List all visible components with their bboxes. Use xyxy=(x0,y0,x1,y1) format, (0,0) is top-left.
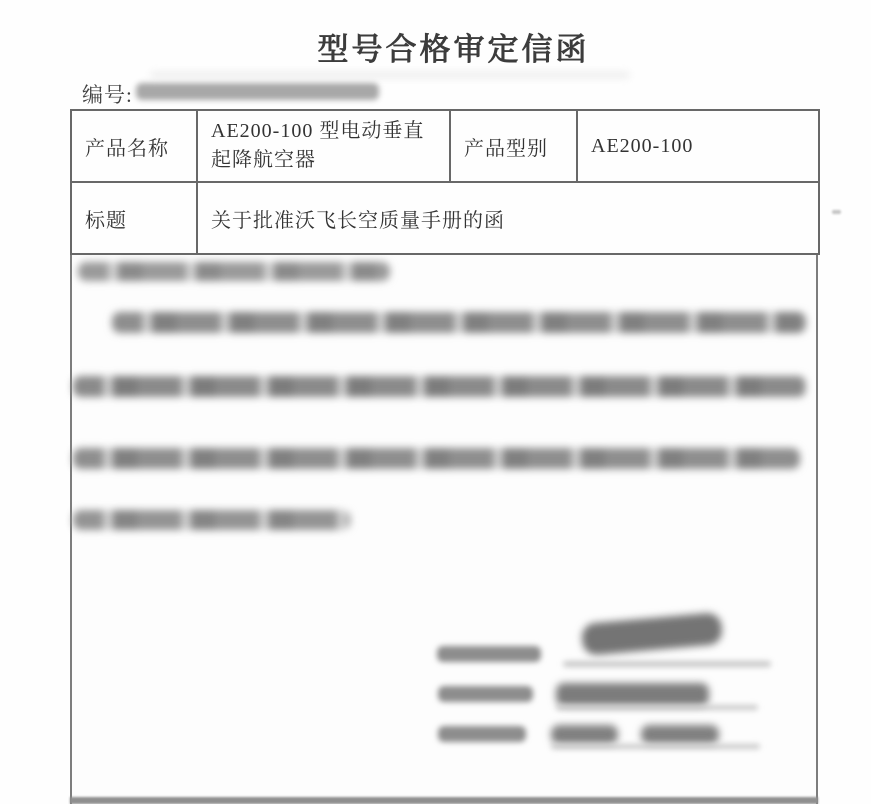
product-name-value-cell: AE200-100 型电动垂直起降航空器 xyxy=(197,110,450,182)
document-number-row: 编号: xyxy=(82,79,133,109)
product-type-value-cell: AE200-100 xyxy=(577,110,819,182)
product-name-label-cell: 产品名称 xyxy=(71,110,197,182)
header-smear xyxy=(150,72,630,78)
document-number-redaction xyxy=(136,83,379,100)
table-row-product: 产品名称 AE200-100 型电动垂直起降航空器 产品型别 AE200-100 xyxy=(71,110,819,182)
header-info-table: 产品名称 AE200-100 型电动垂直起降航空器 产品型别 AE200-100… xyxy=(70,109,820,255)
table-row-subject: 标题 关于批准沃飞长空质量手册的函 xyxy=(71,182,819,254)
letter-body-box xyxy=(70,255,818,804)
subject-value-cell: 关于批准沃飞长空质量手册的函 xyxy=(197,182,819,254)
document-number-label: 编号: xyxy=(82,83,133,107)
product-type-label-cell: 产品型别 xyxy=(450,110,577,182)
scanned-letter-page: 型号合格审定信函 编号: 产品名称 AE200-100 型电动垂直起降航空器 产… xyxy=(0,0,871,804)
subject-label-cell: 标题 xyxy=(71,182,197,254)
document-title: 型号合格审定信函 xyxy=(18,24,871,69)
scan-speck xyxy=(832,210,841,214)
product-name-value: AE200-100 型电动垂直起降航空器 xyxy=(211,117,437,175)
